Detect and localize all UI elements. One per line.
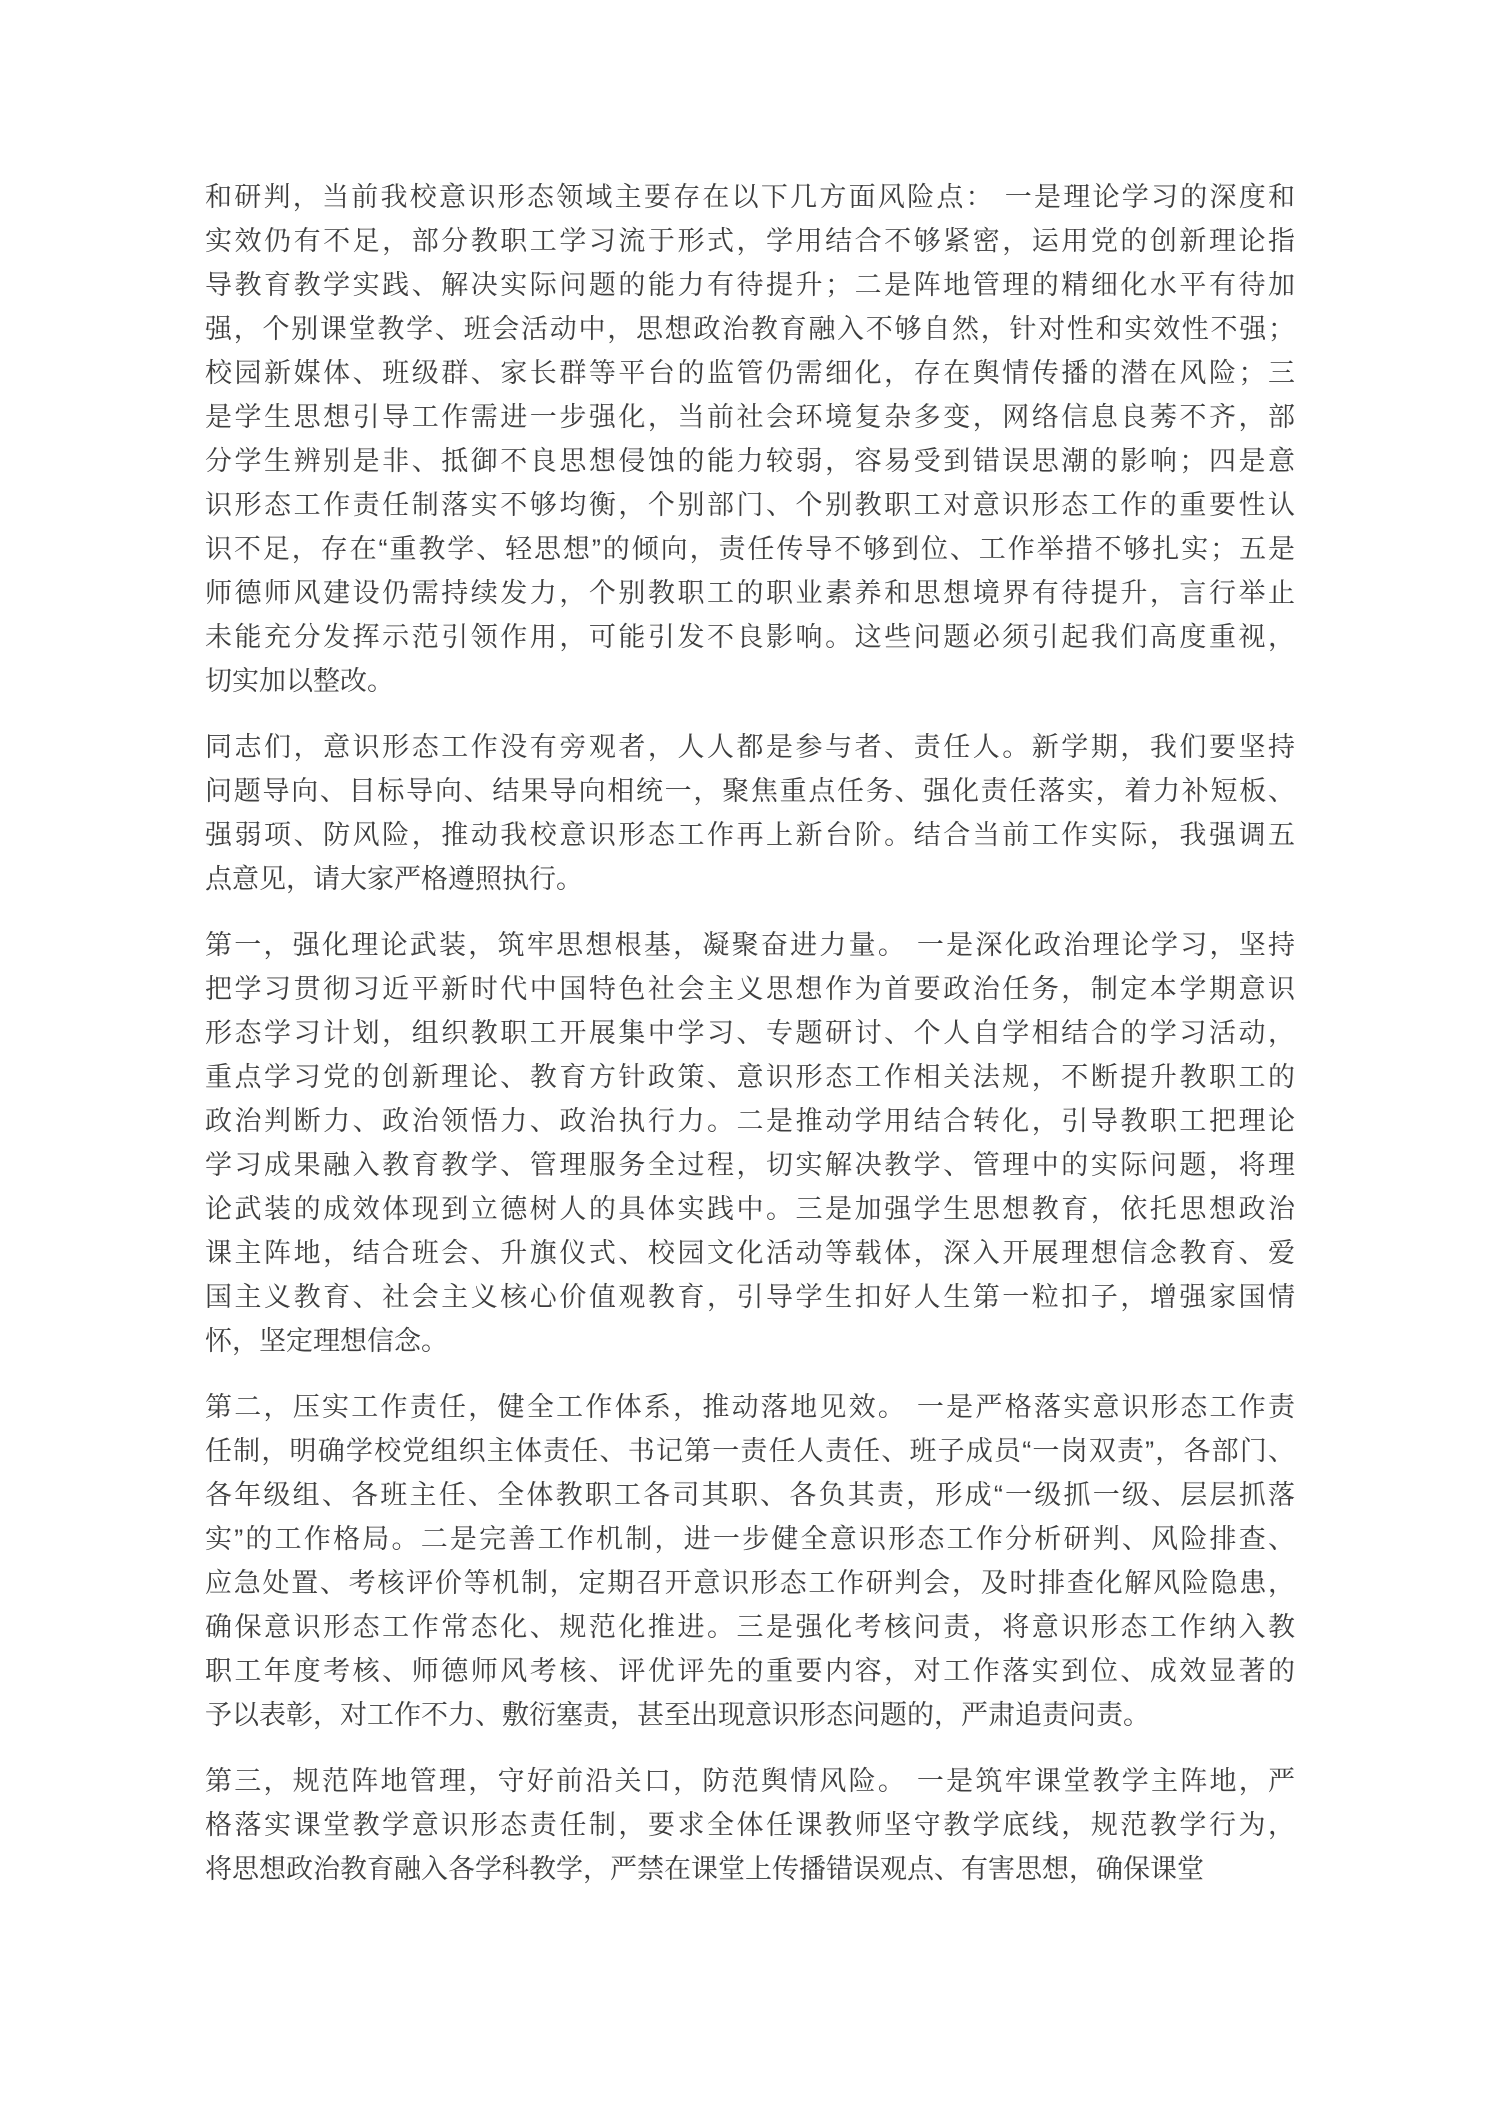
document-body: 和研判，当前我校意识形态领域主要存在以下几方面风险点： 一是理论学习的深度和实效… (205, 175, 1295, 1913)
text-line: 职工年度考核、师德师风考核、评优评先的重要内容，对工作落实到位、成效显著的 (205, 1649, 1295, 1693)
text-line: 形态学习计划，组织教职工开展集中学习、专题研讨、个人自学相结合的学习活动， (205, 1011, 1295, 1055)
text-line: 国主义教育、社会主义核心价值观教育，引导学生扣好人生第一粒扣子，增强家国情 (205, 1275, 1295, 1319)
text-line: 第一，强化理论武装，筑牢思想根基，凝聚奋进力量。 一是深化政治理论学习，坚持 (205, 923, 1295, 967)
text-line: 强弱项、防风险，推动我校意识形态工作再上新台阶。结合当前工作实际，我强调五 (205, 813, 1295, 857)
text-line: 把学习贯彻习近平新时代中国特色社会主义思想作为首要政治任务，制定本学期意识 (205, 967, 1295, 1011)
text-line: 各年级组、各班主任、全体教职工各司其职、各负其责，形成“一级抓一级、层层抓落 (205, 1473, 1295, 1517)
text-line: 是学生思想引导工作需进一步强化，当前社会环境复杂多变，网络信息良莠不齐，部 (205, 395, 1295, 439)
text-line: 任制，明确学校党组织主体责任、书记第一责任人责任、班子成员“一岗双责”，各部门、 (205, 1429, 1295, 1473)
text-line: 学习成果融入教育教学、管理服务全过程，切实解决教学、管理中的实际问题，将理 (205, 1143, 1295, 1187)
text-line: 识不足，存在“重教学、轻思想”的倾向，责任传导不够到位、工作举措不够扎实；五是 (205, 527, 1295, 571)
text-line: 第二，压实工作责任，健全工作体系，推动落地见效。 一是严格落实意识形态工作责 (205, 1385, 1295, 1429)
paragraph: 和研判，当前我校意识形态领域主要存在以下几方面风险点： 一是理论学习的深度和实效… (205, 175, 1295, 703)
text-line: 点意见，请大家严格遵照执行。 (205, 857, 1295, 901)
text-line: 论武装的成效体现到立德树人的具体实践中。三是加强学生思想教育，依托思想政治 (205, 1187, 1295, 1231)
paragraph: 同志们，意识形态工作没有旁观者，人人都是参与者、责任人。新学期，我们要坚持问题导… (205, 725, 1295, 901)
text-line: 实效仍有不足，部分教职工学习流于形式，学用结合不够紧密，运用党的创新理论指 (205, 219, 1295, 263)
paragraph: 第三，规范阵地管理，守好前沿关口，防范舆情风险。 一是筑牢课堂教学主阵地，严格落… (205, 1759, 1295, 1891)
paragraph: 第一，强化理论武装，筑牢思想根基，凝聚奋进力量。 一是深化政治理论学习，坚持把学… (205, 923, 1295, 1363)
text-line: 将思想政治教育融入各学科教学，严禁在课堂上传播错误观点、有害思想，确保课堂 (205, 1847, 1295, 1891)
text-line: 确保意识形态工作常态化、规范化推进。三是强化考核问责，将意识形态工作纳入教 (205, 1605, 1295, 1649)
text-line: 切实加以整改。 (205, 659, 1295, 703)
text-line: 同志们，意识形态工作没有旁观者，人人都是参与者、责任人。新学期，我们要坚持 (205, 725, 1295, 769)
text-line: 政治判断力、政治领悟力、政治执行力。二是推动学用结合转化，引导教职工把理论 (205, 1099, 1295, 1143)
text-line: 导教育教学实践、解决实际问题的能力有待提升；二是阵地管理的精细化水平有待加 (205, 263, 1295, 307)
text-line: 应急处置、考核评价等机制，定期召开意识形态工作研判会，及时排查化解风险隐患， (205, 1561, 1295, 1605)
text-line: 实”的工作格局。二是完善工作机制，进一步健全意识形态工作分析研判、风险排查、 (205, 1517, 1295, 1561)
text-line: 强，个别课堂教学、班会活动中，思想政治教育融入不够自然，针对性和实效性不强； (205, 307, 1295, 351)
text-line: 校园新媒体、班级群、家长群等平台的监管仍需细化，存在舆情传播的潜在风险；三 (205, 351, 1295, 395)
text-line: 课主阵地，结合班会、升旗仪式、校园文化活动等载体，深入开展理想信念教育、爱 (205, 1231, 1295, 1275)
document-page: 和研判，当前我校意识形态领域主要存在以下几方面风险点： 一是理论学习的深度和实效… (0, 0, 1493, 2112)
text-line: 识形态工作责任制落实不够均衡，个别部门、个别教职工对意识形态工作的重要性认 (205, 483, 1295, 527)
text-line: 和研判，当前我校意识形态领域主要存在以下几方面风险点： 一是理论学习的深度和 (205, 175, 1295, 219)
text-line: 师德师风建设仍需持续发力，个别教职工的职业素养和思想境界有待提升，言行举止 (205, 571, 1295, 615)
text-line: 格落实课堂教学意识形态责任制，要求全体任课教师坚守教学底线，规范教学行为， (205, 1803, 1295, 1847)
text-line: 问题导向、目标导向、结果导向相统一，聚焦重点任务、强化责任落实，着力补短板、 (205, 769, 1295, 813)
text-line: 未能充分发挥示范引领作用，可能引发不良影响。这些问题必须引起我们高度重视， (205, 615, 1295, 659)
text-line: 怀，坚定理想信念。 (205, 1319, 1295, 1363)
text-line: 重点学习党的创新理论、教育方针政策、意识形态工作相关法规，不断提升教职工的 (205, 1055, 1295, 1099)
paragraph: 第二，压实工作责任，健全工作体系，推动落地见效。 一是严格落实意识形态工作责任制… (205, 1385, 1295, 1737)
text-line: 予以表彰，对工作不力、敷衍塞责，甚至出现意识形态问题的，严肃追责问责。 (205, 1693, 1295, 1737)
text-line: 分学生辨别是非、抵御不良思想侵蚀的能力较弱，容易受到错误思潮的影响；四是意 (205, 439, 1295, 483)
text-line: 第三，规范阵地管理，守好前沿关口，防范舆情风险。 一是筑牢课堂教学主阵地，严 (205, 1759, 1295, 1803)
